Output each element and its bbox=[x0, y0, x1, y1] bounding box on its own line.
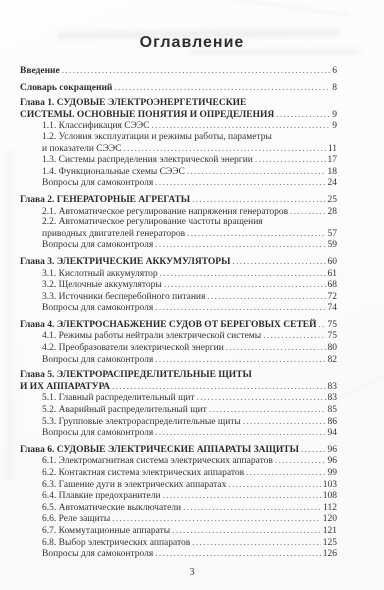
toc-entry: 3.1. Кислотный аккумулятор 61 bbox=[20, 268, 337, 280]
toc-entry: 5.3. Групповые электрораспределительные … bbox=[20, 416, 337, 428]
toc-entry: Вопросы для самоконтроля 82 bbox=[20, 354, 337, 366]
toc-entry-page: 112 bbox=[323, 503, 337, 514]
toc-entry-label: СИСТЕМЫ. ОСНОВНЫЕ ПОНЯТИЯ И ОПРЕДЕЛЕНИЯ bbox=[20, 110, 274, 121]
leader-dots bbox=[319, 319, 326, 331]
paper-crease bbox=[334, 361, 384, 401]
toc-entry-page: 9 bbox=[332, 110, 337, 121]
toc-entry: Вопросы для самоконтроля 74 bbox=[20, 302, 337, 314]
toc-entry-label: 6.2. Контактная система электрических ап… bbox=[42, 468, 244, 479]
toc-entry-page: 28 bbox=[328, 207, 338, 218]
toc-entry: 2.1. Автоматическое регулирование напряж… bbox=[20, 206, 337, 218]
toc-entry-label: 1.1. Классификация СЭЭС bbox=[42, 121, 150, 132]
toc-entry-label: Глава 4. ЭЛЕКТРОСНАБЖЕНИЕ СУДОВ ОТ БЕРЕГ… bbox=[20, 320, 317, 331]
leader-dots bbox=[152, 120, 331, 132]
toc-entry-label: Вопросы для самоконтроля bbox=[42, 178, 153, 189]
scanned-book-page: Оглавление Введение 6 Словарь сокращений… bbox=[0, 0, 384, 590]
toc-entry-label: 3.2. Щелочные аккумуляторы bbox=[42, 280, 162, 291]
toc-entry-label: 1.4. Функциональные схемы СЭЭС bbox=[42, 167, 185, 178]
toc-entry-page: 96 bbox=[328, 445, 338, 456]
leader-dots bbox=[226, 342, 326, 354]
leader-dots bbox=[155, 548, 321, 560]
toc-entry: СИСТЕМЫ. ОСНОВНЫЕ ПОНЯТИЯ И ОПРЕДЕЛЕНИЯ … bbox=[20, 109, 337, 121]
toc-entry-label: 1.2. Условия эксплуатации и режимы работ… bbox=[42, 132, 272, 143]
toc-entry-page: 18 bbox=[328, 167, 338, 178]
page-title: Оглавление bbox=[0, 34, 384, 52]
toc-entry-label: 6.8. Выбор электрических аппаратов bbox=[42, 538, 190, 549]
toc-entry-label: 3.3. Источники бесперебойного питания bbox=[42, 292, 205, 303]
toc-entry-label: 2.1. Автоматическое регулирование напряж… bbox=[42, 207, 288, 218]
toc-entry: 5.2. Аварийный распределительный щит 85 bbox=[20, 404, 337, 416]
toc-entry-label: Глава 6. СУДОВЫЕ ЭЛЕКТРИЧЕСКИЕ АППАРАТЫ … bbox=[20, 445, 299, 456]
toc-entry: Глава 6. СУДОВЫЕ ЭЛЕКТРИЧЕСКИЕ АППАРАТЫ … bbox=[20, 444, 337, 456]
leader-dots bbox=[187, 228, 325, 240]
leader-dots bbox=[155, 177, 325, 189]
toc-entry-page: 68 bbox=[328, 280, 338, 291]
toc-entry-page: 74 bbox=[328, 303, 338, 314]
toc-entry-page: 80 bbox=[328, 343, 338, 354]
toc-entry-page: 8 bbox=[332, 83, 337, 94]
toc-entry-label: 4.2. Преобразователи электрической энерг… bbox=[42, 343, 224, 354]
toc-entry-label: 2.2. Автоматическое регулирование частот… bbox=[42, 217, 263, 228]
leader-dots bbox=[155, 302, 325, 314]
toc-entry-page: 6 bbox=[332, 66, 337, 77]
toc-entry-page: 121 bbox=[323, 526, 337, 537]
toc-entry-page: 25 bbox=[328, 195, 338, 206]
leader-dots bbox=[197, 392, 326, 404]
toc-entry-page: 103 bbox=[323, 480, 337, 491]
toc-entry: 6.7. Коммутационные аппараты 121 bbox=[20, 525, 337, 537]
toc-entry-label: 5.3. Групповые электрораспределительные … bbox=[42, 417, 241, 428]
toc-entry-page: 125 bbox=[323, 538, 337, 549]
toc-entry-label: Глава 3. ЭЛЕКТРИЧЕСКИЕ АККУМУЛЯТОРЫ bbox=[20, 257, 230, 268]
toc-entry-label: Глава 1. СУДОВЫЕ ЭЛЕКТРОЭНЕРГЕТИЧЕСКИЕ bbox=[20, 98, 246, 109]
toc-entry-label: приводных двигателей генераторов bbox=[42, 229, 185, 240]
leader-dots bbox=[124, 143, 326, 155]
leader-dots bbox=[232, 256, 325, 268]
leader-dots bbox=[163, 490, 321, 502]
toc-entry-label: 5.2. Аварийный распределительный щит bbox=[42, 405, 207, 416]
toc-entry-page: 99 bbox=[328, 468, 338, 479]
toc-entry: 6.4. Плавкие предохранители 108 bbox=[20, 490, 337, 502]
toc-entry-label: Вопросы для самоконтроля bbox=[42, 303, 153, 314]
toc-entry: 3.2. Щелочные аккумуляторы 68 bbox=[20, 279, 337, 291]
toc-entry-page: 86 bbox=[328, 417, 338, 428]
toc-entry: Вопросы для самоконтроля 24 bbox=[20, 177, 337, 189]
leader-dots bbox=[155, 239, 325, 251]
toc-entry-page: 11 bbox=[328, 144, 337, 155]
toc-entry-page: 72 bbox=[328, 292, 338, 303]
toc-entry: Глава 1. СУДОВЫЕ ЭЛЕКТРОЭНЕРГЕТИЧЕСКИЕ bbox=[20, 98, 337, 109]
toc-entry-page: 24 bbox=[328, 178, 338, 189]
toc-entry-label: Глава 2. ГЕНЕРАТОРНЫЕ АГРЕГАТЫ bbox=[20, 195, 190, 206]
toc-entry: 3.3. Источники бесперебойного питания 72 bbox=[20, 291, 337, 303]
leader-dots bbox=[112, 381, 325, 393]
toc-entry-page: 94 bbox=[328, 428, 338, 439]
toc-entry-label: 1.3. Системы распределения электрической… bbox=[42, 155, 253, 166]
toc-entry: 1.4. Функциональные схемы СЭЭС 18 bbox=[20, 166, 337, 178]
leader-dots bbox=[187, 166, 326, 178]
toc-entry-page: 83 bbox=[328, 382, 338, 393]
toc-entry-label: 6.3. Гашение дуги в электрических аппара… bbox=[42, 480, 226, 491]
toc-entry: Глава 2. ГЕНЕРАТОРНЫЕ АГРЕГАТЫ 25 bbox=[20, 194, 337, 206]
toc-entry-page: 85 bbox=[328, 405, 338, 416]
toc-entry-label: 6.5. Автоматические выключатели bbox=[42, 503, 181, 514]
leader-dots bbox=[114, 82, 330, 94]
toc-entry-page: 126 bbox=[323, 549, 337, 560]
toc-entry-page: 75 bbox=[328, 320, 338, 331]
paper-crease bbox=[230, 0, 349, 16]
toc-entry: Глава 5. ЭЛЕКТРОРАСПРЕДЕЛИТЕЛЬНЫЕ ЩИТЫ bbox=[20, 370, 337, 381]
toc-entry-label: 6.6. Реле защиты bbox=[42, 514, 110, 525]
leader-dots bbox=[209, 404, 326, 416]
toc-list: Введение 6 Словарь сокращений 8 Глава 1.… bbox=[20, 65, 337, 560]
toc-entry-label: Введение bbox=[20, 66, 60, 77]
toc-entry-label: Глава 5. ЭЛЕКТРОРАСПРЕДЕЛИТЕЛЬНЫЕ ЩИТЫ bbox=[20, 370, 252, 381]
leader-dots bbox=[112, 513, 321, 525]
toc-entry-label: Вопросы для самоконтроля bbox=[42, 240, 153, 251]
toc-entry: Вопросы для самоконтроля 126 bbox=[20, 548, 337, 560]
leader-dots bbox=[255, 154, 326, 166]
leader-dots bbox=[290, 206, 325, 218]
toc-entry-label: Вопросы для самоконтроля bbox=[42, 355, 153, 366]
toc-entry: И ИХ АППАРАТУРА 83 bbox=[20, 381, 337, 393]
toc-entry: 6.1. Электромагнитная система электричес… bbox=[20, 455, 337, 467]
toc-entry-label: Вопросы для самоконтроля bbox=[42, 549, 153, 560]
leader-dots bbox=[172, 525, 321, 537]
toc-entry: Глава 3. ЭЛЕКТРИЧЕСКИЕ АККУМУЛЯТОРЫ 60 bbox=[20, 256, 337, 268]
toc-entry: 6.3. Гашение дуги в электрических аппара… bbox=[20, 479, 337, 491]
leader-dots bbox=[160, 268, 326, 280]
toc-entry-page: 120 bbox=[323, 514, 337, 525]
toc-entry: 6.5. Автоматические выключатели 112 bbox=[20, 502, 337, 514]
toc-entry-page: 75 bbox=[328, 331, 338, 342]
toc-entry-label: 6.7. Коммутационные аппараты bbox=[42, 526, 170, 537]
toc-entry: 1.1. Классификация СЭЭС 9 bbox=[20, 120, 337, 132]
toc-entry: 1.3. Системы распределения электрической… bbox=[20, 154, 337, 166]
toc-entry: Словарь сокращений 8 bbox=[20, 82, 337, 94]
toc-entry-label: Словарь сокращений bbox=[20, 83, 112, 94]
toc-entry: приводных двигателей генераторов 57 bbox=[20, 228, 337, 240]
toc-entry: 2.2. Автоматическое регулирование частот… bbox=[20, 217, 337, 228]
toc-entry-page: 17 bbox=[328, 155, 338, 166]
toc-entry-page: 83 bbox=[328, 393, 338, 404]
toc-entry-label: Вопросы для самоконтроля bbox=[42, 428, 153, 439]
toc-entry: 4.1. Режимы работы нейтрали электрическо… bbox=[20, 330, 337, 342]
toc-entry-label: 3.1. Кислотный аккумулятор bbox=[42, 269, 158, 280]
leader-dots bbox=[263, 330, 325, 342]
leader-dots bbox=[164, 279, 326, 291]
toc-entry: Вопросы для самоконтроля 94 bbox=[20, 427, 337, 439]
toc-entry-page: 9 bbox=[332, 121, 337, 132]
toc-entry-page: 108 bbox=[323, 491, 337, 502]
leader-dots bbox=[276, 109, 330, 121]
toc-entry: 1.2. Условия эксплуатации и режимы работ… bbox=[20, 132, 337, 143]
toc-entry: Введение 6 bbox=[20, 65, 337, 77]
toc-entry: Вопросы для самоконтроля 59 bbox=[20, 239, 337, 251]
leader-dots bbox=[183, 502, 321, 514]
toc-entry-label: 6.4. Плавкие предохранители bbox=[42, 491, 161, 502]
toc-entry-page: 57 bbox=[328, 229, 338, 240]
bleed-through-artifact bbox=[6, 150, 14, 480]
leader-dots bbox=[228, 479, 320, 491]
toc-entry-label: И ИХ АППАРАТУРА bbox=[20, 382, 110, 393]
toc-entry-page: 82 bbox=[328, 355, 338, 366]
leader-dots bbox=[275, 455, 326, 467]
toc-entry-page: 61 bbox=[328, 269, 338, 280]
leader-dots bbox=[301, 444, 326, 456]
toc-entry: и показатели СЭЭС 11 bbox=[20, 143, 337, 155]
leader-dots bbox=[192, 537, 321, 549]
leader-dots bbox=[246, 467, 325, 479]
toc-entry: 6.8. Выбор электрических аппаратов 125 bbox=[20, 537, 337, 549]
toc-entry: 4.2. Преобразователи электрической энерг… bbox=[20, 342, 337, 354]
toc-entry-page: 96 bbox=[328, 456, 338, 467]
toc-entry: Глава 4. ЭЛЕКТРОСНАБЖЕНИЕ СУДОВ ОТ БЕРЕГ… bbox=[20, 319, 337, 331]
leader-dots bbox=[243, 416, 326, 428]
leader-dots bbox=[62, 65, 331, 77]
toc-entry: 5.1. Главный распределительный щит 83 bbox=[20, 392, 337, 404]
leader-dots bbox=[155, 427, 325, 439]
leader-dots bbox=[155, 354, 325, 366]
toc-entry-page: 60 bbox=[328, 257, 338, 268]
toc-entry-page: 59 bbox=[328, 240, 338, 251]
toc-entry-label: 6.1. Электромагнитная система электричес… bbox=[42, 456, 273, 467]
leader-dots bbox=[207, 291, 325, 303]
page-number: 3 bbox=[0, 567, 384, 578]
toc-entry-label: 4.1. Режимы работы нейтрали электрическо… bbox=[42, 331, 261, 342]
toc-entry-label: 5.1. Главный распределительный щит bbox=[42, 393, 195, 404]
toc-entry: 6.2. Контактная система электрических ап… bbox=[20, 467, 337, 479]
toc-entry-label: и показатели СЭЭС bbox=[42, 144, 122, 155]
toc-entry: 6.6. Реле защиты 120 bbox=[20, 513, 337, 525]
leader-dots bbox=[192, 194, 325, 206]
